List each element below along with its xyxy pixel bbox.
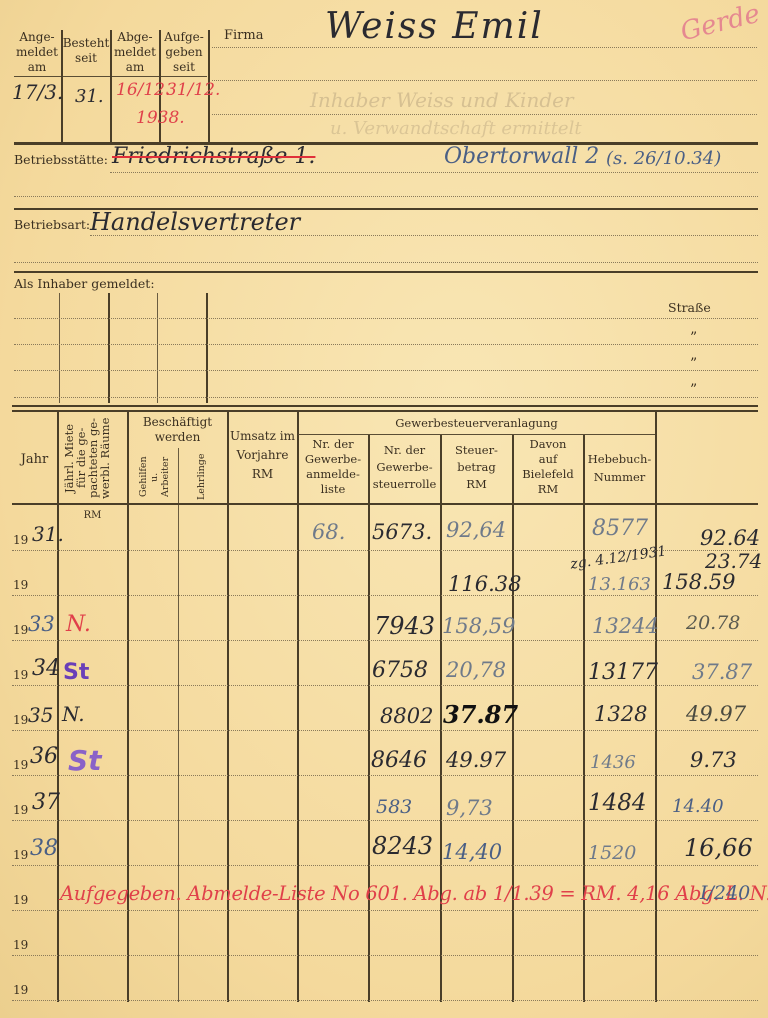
ditto-mark: ”	[690, 382, 697, 398]
year-prefix: 19	[13, 623, 28, 637]
header-besteht: Besteht seit	[62, 36, 110, 66]
header-line: RM	[441, 476, 512, 493]
year-value: 35	[28, 703, 53, 727]
inhaber-label: Als Inhaber gemeldet:	[14, 276, 155, 291]
extra-value: 37.87	[692, 660, 752, 684]
steuerbetrag-value: 37.87	[443, 700, 518, 729]
steuerrolle-value: 8646	[371, 748, 427, 773]
year-prefix: 19	[13, 983, 28, 997]
header-line: betrag	[441, 459, 512, 476]
header-bielefeld: Davon auf Bielefeld RM	[513, 437, 583, 497]
miete-value: N.	[62, 702, 85, 726]
header-line: Arbeiter	[160, 457, 171, 497]
steuerbetrag-value: 49.97	[446, 748, 506, 772]
header-line: Nr. der	[369, 442, 440, 459]
extra-value: 158.59	[662, 570, 735, 594]
header-line: seit	[62, 51, 110, 66]
header-line: Aufge-	[160, 30, 208, 45]
header-hebebuch: Hebebuch- Nummer	[584, 450, 655, 486]
dotted-line	[14, 196, 758, 197]
dotted-line	[14, 262, 758, 263]
betriebsart-value: Handelsvertreter	[90, 208, 300, 236]
divider	[110, 30, 112, 142]
row-line	[12, 595, 758, 596]
header-line: anmelde-	[298, 467, 368, 482]
year-value: 38	[30, 836, 58, 861]
header-line: Steuer-	[441, 442, 512, 459]
year-value: 37	[32, 790, 60, 815]
header-gehilfen: Gehilfen u. Arbeiter	[138, 452, 168, 502]
header-beschaeftigt: Beschäftigt werden	[128, 415, 227, 445]
header-line: meldet	[111, 45, 159, 60]
header-line: Ange-	[12, 30, 62, 45]
header-line: Gewerbe-	[298, 452, 368, 467]
year-prefix: 19	[13, 893, 28, 907]
steuerbetrag-value: 14,40	[442, 840, 502, 864]
besteht-value: 31.	[75, 86, 104, 107]
header-line: Davon	[513, 437, 583, 452]
col-divider	[57, 412, 59, 1002]
hebebuch-value: 1484	[588, 790, 647, 816]
col-divider	[583, 435, 585, 1002]
faint-text: u. Verwandtschaft ermittelt	[330, 118, 582, 139]
dotted-line	[14, 370, 758, 371]
col-divider	[127, 412, 129, 1002]
header-line: Abge-	[111, 30, 159, 45]
dotted-line	[110, 172, 758, 173]
steuerrolle-value: 8802	[380, 704, 433, 728]
betriebsstaette-label: Betriebsstätte:	[14, 152, 108, 167]
steuerrolle-value: 8243	[372, 832, 433, 860]
divider	[12, 503, 758, 505]
divider	[12, 410, 758, 412]
miete-value: N.	[66, 612, 91, 637]
betriebsstaette-note: (s. 26/10.34)	[606, 148, 721, 169]
year-prefix: 19	[13, 848, 28, 862]
header-gewerbesteuer: Gewerbesteuerveranlagung	[298, 416, 655, 431]
margin-note: Gerde	[678, 0, 763, 47]
divider	[59, 293, 60, 403]
header-line: Gewerbe-	[369, 459, 440, 476]
steuerbetrag-value: 158,59	[442, 614, 515, 638]
header-anmeldeliste: Nr. der Gewerbe- anmelde- liste	[298, 437, 368, 497]
steuerbetrag-value: 20,78	[446, 658, 506, 682]
year-prefix: 19	[13, 533, 28, 547]
hebebuch-value: 8577	[592, 516, 648, 541]
betriebsart-label: Betriebsart:	[14, 217, 90, 232]
betriebsstaette-value: Obertorwall 2	[444, 144, 599, 169]
firma-label: Firma	[224, 28, 263, 43]
header-line: meldet	[12, 45, 62, 60]
header-line: geben	[160, 45, 208, 60]
divider	[14, 271, 758, 273]
header-line: steuerrolle	[369, 476, 440, 493]
header-umsatz: Umsatz im Vorjahre RM	[228, 427, 297, 484]
col-divider	[655, 412, 657, 1002]
year-prefix: 19	[13, 713, 28, 727]
steuerbetrag-value: 116.38	[448, 572, 521, 596]
header-jahr: Jahr	[12, 452, 57, 467]
row-line	[12, 685, 758, 686]
header-line: am	[111, 60, 159, 75]
steuerrolle-value: 5673.	[372, 520, 432, 544]
header-line: seit	[160, 60, 208, 75]
extra-value: 14.40	[672, 796, 724, 817]
divider	[206, 293, 208, 403]
hebebuch-value: 1520	[588, 842, 636, 864]
header-line: am	[12, 60, 62, 75]
header-line: werden	[128, 430, 227, 445]
dotted-line	[212, 114, 757, 115]
header-line: Nummer	[584, 468, 655, 486]
extra-value: 16,66	[684, 834, 753, 862]
header-line: Beschäftigt	[128, 415, 227, 430]
header-line: liste	[298, 482, 368, 497]
header-lehrlinge: Lehrlinge	[196, 452, 210, 502]
extra-value: 20.78	[686, 612, 740, 634]
miete-stamp: St	[68, 744, 102, 777]
divider	[298, 434, 655, 435]
header-line: RM	[513, 482, 583, 497]
year-prefix: 19	[13, 578, 28, 592]
header-line: auf	[513, 452, 583, 467]
header-line: Bielefeld	[513, 467, 583, 482]
header-aufgegeben: Aufge- geben seit	[160, 30, 208, 75]
hebebuch-value: 13244	[592, 614, 659, 638]
header-line: Nr. der	[298, 437, 368, 452]
extra-value: 9.73	[690, 748, 737, 772]
steuerrolle-value: 583	[376, 796, 412, 818]
steuerbetrag-value: 92,64	[446, 518, 506, 542]
col-divider	[440, 435, 442, 1002]
aufgegeben-note: Aufgegeben. Abmelde-Liste No 601. Abg. a…	[60, 882, 768, 905]
year-value: 33	[28, 612, 55, 636]
year-prefix: 19	[13, 938, 28, 952]
row-line	[12, 1000, 758, 1001]
dotted-line	[90, 235, 758, 236]
year-prefix: 19	[13, 758, 28, 772]
header-line: Hebebuch-	[584, 450, 655, 468]
angemeldet-value: 17/3.	[12, 80, 63, 104]
steuerbetrag-value: 9,73	[446, 796, 493, 820]
header-line: Besteht	[62, 36, 110, 51]
crossed-out-address: Friedrichstraße 1.	[112, 144, 315, 169]
rm-unit: RM	[58, 508, 127, 523]
header-angemeldet: Ange- meldet am	[12, 30, 62, 75]
header-line: Umsatz im	[228, 427, 297, 446]
col-divider	[368, 435, 370, 1002]
row-line	[12, 730, 758, 731]
abmelde-year-value: 1938.	[136, 108, 185, 128]
hebebuch-value: 13177	[588, 660, 658, 685]
header-steuerbetrag: Steuer- betrag RM	[441, 442, 512, 493]
anmeldeliste-value: 68.	[312, 520, 345, 544]
row-line	[12, 865, 758, 866]
firma-value: Weiss Emil	[325, 6, 544, 47]
header-line: Gehilfen u.	[138, 457, 160, 498]
steuerrolle-value: 6758	[372, 658, 428, 683]
dotted-line	[14, 318, 758, 319]
dotted-line	[212, 47, 757, 48]
row-line	[12, 640, 758, 641]
steuerrolle-value: 7943	[374, 612, 435, 640]
strasse-label: Straße	[668, 300, 711, 315]
divider	[157, 293, 158, 403]
row-line	[12, 820, 758, 821]
year-prefix: 19	[13, 668, 28, 682]
header-abgemeldet: Abge- meldet am	[111, 30, 159, 75]
hebebuch-value: 13.163	[588, 574, 651, 595]
header-line: werbl. Räume	[98, 417, 112, 498]
extra-value: 49.97	[686, 702, 746, 726]
row-line	[12, 910, 758, 911]
row-line	[12, 955, 758, 956]
dotted-line	[14, 397, 758, 398]
extra-value: 92.64	[700, 526, 760, 550]
year-prefix: 19	[13, 803, 28, 817]
year-value: 36	[30, 744, 58, 769]
header-miete: Jährl. Miete für die ge- pachteten ge- w…	[63, 414, 123, 502]
faint-text: Inhaber Weiss und Kinder	[310, 88, 574, 112]
row-line	[12, 775, 758, 776]
header-line: Vorjahre	[228, 446, 297, 465]
note-reference: I/240	[700, 882, 750, 904]
col-divider	[178, 448, 179, 1002]
year-value: 31.	[32, 522, 64, 546]
miete-stamp: St	[63, 660, 89, 685]
header-steuerrolle: Nr. der Gewerbe- steuerrolle	[369, 442, 440, 493]
aufgegeben-value: 31/12.	[166, 80, 220, 100]
header-line: RM	[228, 465, 297, 484]
col-divider	[297, 412, 299, 1002]
year-value: 34	[32, 656, 60, 681]
col-divider	[227, 412, 229, 1002]
hebebuch-value: 1436	[590, 752, 636, 773]
divider	[108, 293, 110, 403]
dotted-line	[212, 80, 757, 81]
dotted-line	[14, 344, 758, 345]
abgemeldet-value: 16/12.	[116, 80, 170, 100]
divider	[12, 405, 758, 407]
hebebuch-value: 1328	[594, 702, 647, 726]
